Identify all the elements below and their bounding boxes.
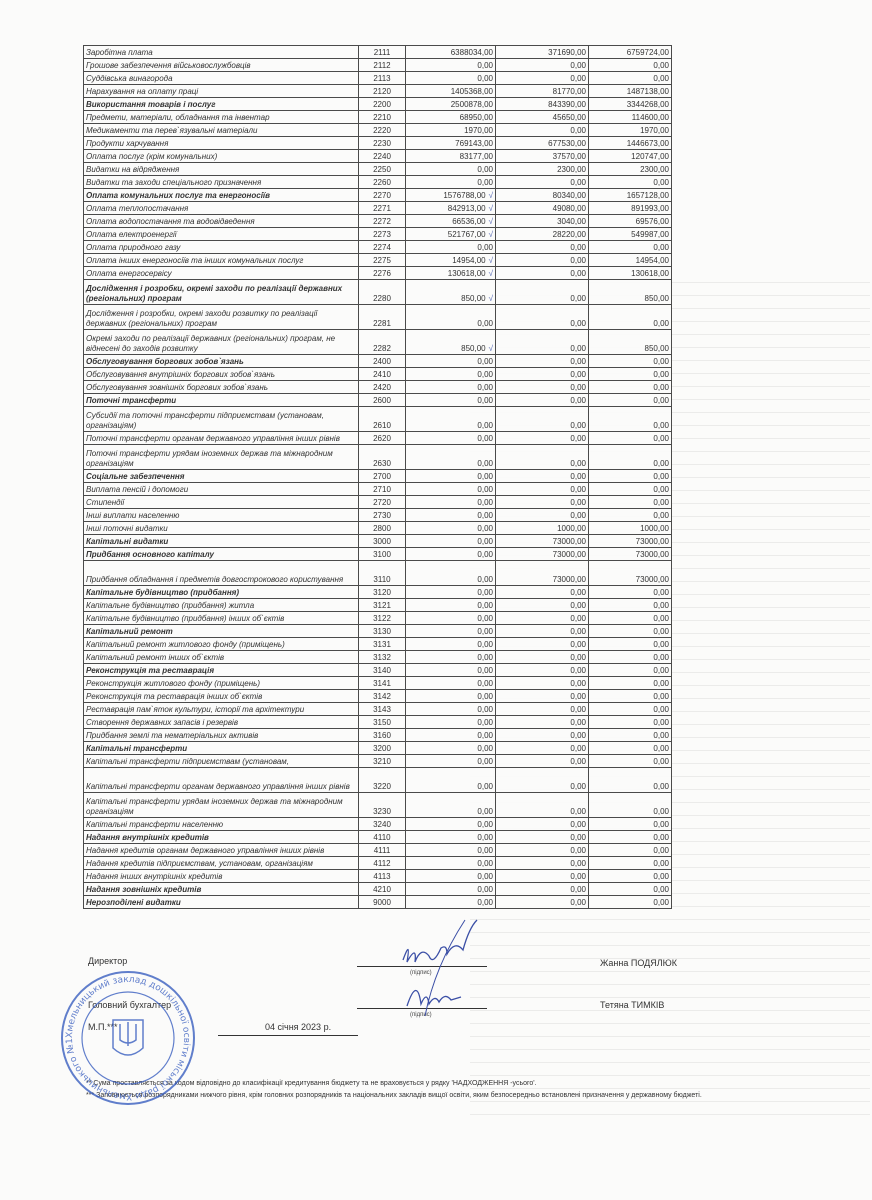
handwritten-signature-icon (385, 918, 495, 1028)
row-code: 4113 (359, 870, 406, 883)
row-value-3: 1446673,00 (589, 137, 672, 150)
row-label: Виплата пенсій і допомоги (84, 483, 359, 496)
table-row: Нерозподілені видатки90000,000,000,00 (84, 896, 672, 909)
row-value-2: 0,00 (496, 870, 589, 883)
table-row: Придбання основного капіталу31000,007300… (84, 548, 672, 561)
row-value-3: 0,00 (589, 59, 672, 72)
row-value-3: 0,00 (589, 483, 672, 496)
row-label: Капітальний ремонт житлового фонду (прим… (84, 638, 359, 651)
row-value-3: 14954,00 (589, 254, 672, 267)
row-value-3: 0,00 (589, 407, 672, 432)
row-code: 2281 (359, 305, 406, 330)
row-value-2: 0,00 (496, 176, 589, 189)
row-value-3: 0,00 (589, 355, 672, 368)
table-row: Соціальне забезпечення27000,000,000,00 (84, 470, 672, 483)
row-value-1: 0,00 (406, 483, 496, 496)
table-row: Грошове забезпечення військовослужбовців… (84, 59, 672, 72)
row-value-1: 0,00 (406, 394, 496, 407)
row-value-1: 68950,00 (406, 111, 496, 124)
row-value-3: 0,00 (589, 599, 672, 612)
row-code: 2410 (359, 368, 406, 381)
row-value-3: 120747,00 (589, 150, 672, 163)
row-value-3: 0,00 (589, 509, 672, 522)
row-label: Окремі заходи по реалізації державних (р… (84, 330, 359, 355)
row-value-3: 0,00 (589, 716, 672, 729)
table-row: Поточні трансферти урядам іноземних держ… (84, 445, 672, 470)
row-label: Предмети, матеріали, обладнання та інвен… (84, 111, 359, 124)
row-label: Створення державних запасів і резервів (84, 716, 359, 729)
row-label: Продукти харчування (84, 137, 359, 150)
row-value-1: 842913,00√ (406, 202, 496, 215)
row-value-1: 0,00 (406, 548, 496, 561)
row-code: 3000 (359, 535, 406, 548)
row-value-3: 0,00 (589, 381, 672, 394)
row-value-2: 0,00 (496, 677, 589, 690)
row-value-2: 0,00 (496, 755, 589, 768)
row-value-2: 1000,00 (496, 522, 589, 535)
row-value-2: 371690,00 (496, 46, 589, 59)
row-label: Придбання землі та нематеріальних активі… (84, 729, 359, 742)
row-value-3: 0,00 (589, 818, 672, 831)
row-value-2: 0,00 (496, 703, 589, 716)
row-value-2: 0,00 (496, 432, 589, 445)
row-value-2: 2300,00 (496, 163, 589, 176)
row-value-2: 0,00 (496, 716, 589, 729)
row-code: 4111 (359, 844, 406, 857)
row-label: Стипендії (84, 496, 359, 509)
row-code: 2270 (359, 189, 406, 202)
row-code: 3121 (359, 599, 406, 612)
row-label: Капітальне будівництво (придбання) (84, 586, 359, 599)
table-row: Капітальні трансферти органам державного… (84, 768, 672, 793)
row-value-2: 0,00 (496, 729, 589, 742)
table-row: Обслуговування боргових зобов`язань24000… (84, 355, 672, 368)
row-value-3: 0,00 (589, 870, 672, 883)
row-value-1: 0,00 (406, 896, 496, 909)
row-label: Капітальний ремонт (84, 625, 359, 638)
row-code: 2282 (359, 330, 406, 355)
row-value-2: 0,00 (496, 445, 589, 470)
row-value-3: 0,00 (589, 677, 672, 690)
row-code: 2120 (359, 85, 406, 98)
row-value-2: 28220,00 (496, 228, 589, 241)
row-value-3: 0,00 (589, 768, 672, 793)
row-value-1: 0,00 (406, 586, 496, 599)
row-label: Обслуговування боргових зобов`язань (84, 355, 359, 368)
row-value-2: 73000,00 (496, 561, 589, 586)
row-value-3: 73000,00 (589, 548, 672, 561)
row-value-2: 0,00 (496, 381, 589, 394)
row-label: Капітальні трансферти підприємствам (уст… (84, 755, 359, 768)
table-row: Оплата інших енергоносіїв та інших комун… (84, 254, 672, 267)
table-row: Продукти харчування2230769143,00677530,0… (84, 137, 672, 150)
row-code: 2272 (359, 215, 406, 228)
row-label: Поточні трансферти урядам іноземних держ… (84, 445, 359, 470)
row-label: Субсидії та поточні трансферти підприємс… (84, 407, 359, 432)
row-value-2: 0,00 (496, 857, 589, 870)
row-code: 3110 (359, 561, 406, 586)
checkmark-icon: √ (489, 294, 493, 303)
row-value-3: 549987,00 (589, 228, 672, 241)
row-value-1: 0,00 (406, 818, 496, 831)
row-value-2: 45650,00 (496, 111, 589, 124)
row-value-3: 0,00 (589, 394, 672, 407)
row-value-1: 0,00 (406, 870, 496, 883)
row-label: Обслуговування внутрішніх боргових зобов… (84, 368, 359, 381)
row-value-3: 130618,00 (589, 267, 672, 280)
row-code: 2710 (359, 483, 406, 496)
report-date: 04 січня 2023 р. (265, 1022, 331, 1032)
row-value-1: 0,00 (406, 470, 496, 483)
row-code: 3143 (359, 703, 406, 716)
row-value-2: 0,00 (496, 330, 589, 355)
row-value-1: 0,00 (406, 509, 496, 522)
row-value-3: 0,00 (589, 664, 672, 677)
row-label: Капітальні трансферти органам державного… (84, 768, 359, 793)
row-value-1: 0,00 (406, 651, 496, 664)
table-row: Дослідження і розробки, окремі заходи по… (84, 280, 672, 305)
row-value-1: 0,00 (406, 599, 496, 612)
table-row: Надання кредитів органам державного упра… (84, 844, 672, 857)
row-value-2: 843390,00 (496, 98, 589, 111)
row-label: Надання інших внутрішніх кредитів (84, 870, 359, 883)
row-label: Оплата водопостачання та водовідведення (84, 215, 359, 228)
row-code: 2240 (359, 150, 406, 163)
row-value-1: 0,00 (406, 522, 496, 535)
row-code: 2250 (359, 163, 406, 176)
table-row: Капітальні видатки30000,0073000,0073000,… (84, 535, 672, 548)
row-label: Інші поточні видатки (84, 522, 359, 535)
table-row: Медикаменти та перев`язувальні матеріали… (84, 124, 672, 137)
row-code: 3240 (359, 818, 406, 831)
row-value-2: 0,00 (496, 768, 589, 793)
row-value-2: 73000,00 (496, 535, 589, 548)
row-code: 2400 (359, 355, 406, 368)
row-label: Реконструкція та реставрація інших об`єк… (84, 690, 359, 703)
table-row: Видатки на відрядження22500,002300,00230… (84, 163, 672, 176)
row-value-1: 0,00 (406, 368, 496, 381)
row-value-1: 1576788,00√ (406, 189, 496, 202)
row-label: Капітальне будівництво (придбання) житла (84, 599, 359, 612)
row-value-1: 0,00 (406, 381, 496, 394)
row-label: Інші виплати населенню (84, 509, 359, 522)
row-value-1: 0,00 (406, 305, 496, 330)
row-value-3: 0,00 (589, 176, 672, 189)
row-value-1: 0,00 (406, 612, 496, 625)
row-value-2: 0,00 (496, 394, 589, 407)
row-value-3: 0,00 (589, 729, 672, 742)
row-value-1: 850,00√ (406, 330, 496, 355)
row-value-3: 0,00 (589, 690, 672, 703)
table-row: Капітальне будівництво (придбання)31200,… (84, 586, 672, 599)
row-value-2: 0,00 (496, 831, 589, 844)
row-code: 3140 (359, 664, 406, 677)
row-value-1: 0,00 (406, 445, 496, 470)
row-label: Видатки та заходи спеціального призначен… (84, 176, 359, 189)
date-line (218, 1035, 358, 1036)
row-value-3: 0,00 (589, 638, 672, 651)
director-name: Жанна ПОДЯЛЮК (600, 958, 677, 968)
row-value-2: 0,00 (496, 625, 589, 638)
row-label: Надання зовнішніх кредитів (84, 883, 359, 896)
table-row: Стипендії27200,000,000,00 (84, 496, 672, 509)
row-code: 2275 (359, 254, 406, 267)
row-value-2: 0,00 (496, 355, 589, 368)
row-label: Дослідження і розробки, окремі заходи ро… (84, 305, 359, 330)
row-label: Оплата природного газу (84, 241, 359, 254)
row-value-1: 66536,00√ (406, 215, 496, 228)
table-row: Використання товарів і послуг22002500878… (84, 98, 672, 111)
row-value-1: 0,00 (406, 625, 496, 638)
row-code: 4112 (359, 857, 406, 870)
row-value-1: 0,00 (406, 355, 496, 368)
row-value-3: 0,00 (589, 432, 672, 445)
row-code: 3132 (359, 651, 406, 664)
row-label: Реставрація пам`яток культури, історії т… (84, 703, 359, 716)
row-value-3: 0,00 (589, 470, 672, 483)
row-label: Придбання основного капіталу (84, 548, 359, 561)
checkmark-icon: √ (489, 191, 493, 200)
row-value-2: 0,00 (496, 72, 589, 85)
row-value-1: 0,00 (406, 664, 496, 677)
table-row: Капітальний ремонт інших об`єктів31320,0… (84, 651, 672, 664)
row-value-1: 0,00 (406, 407, 496, 432)
row-value-1: 14954,00√ (406, 254, 496, 267)
row-label: Оплата послуг (крім комунальних) (84, 150, 359, 163)
table-row: Поточні трансферти26000,000,000,00 (84, 394, 672, 407)
row-value-3: 0,00 (589, 368, 672, 381)
row-code: 2730 (359, 509, 406, 522)
row-value-1: 521767,00√ (406, 228, 496, 241)
table-row: Капітальне будівництво (придбання) інших… (84, 612, 672, 625)
row-value-2: 81770,00 (496, 85, 589, 98)
row-code: 3142 (359, 690, 406, 703)
table-row: Оплата послуг (крім комунальних)22408317… (84, 150, 672, 163)
table-row: Капітальний ремонт31300,000,000,00 (84, 625, 672, 638)
row-value-3: 0,00 (589, 651, 672, 664)
row-label: Нерозподілені видатки (84, 896, 359, 909)
row-value-1: 1970,00 (406, 124, 496, 137)
row-value-3: 891993,00 (589, 202, 672, 215)
row-value-2: 0,00 (496, 407, 589, 432)
row-value-1: 0,00 (406, 742, 496, 755)
row-code: 2600 (359, 394, 406, 407)
row-label: Соціальне забезпечення (84, 470, 359, 483)
row-label: Оплата теплопостачання (84, 202, 359, 215)
row-value-2: 49080,00 (496, 202, 589, 215)
row-value-3: 6759724,00 (589, 46, 672, 59)
row-value-3: 0,00 (589, 496, 672, 509)
row-value-1: 0,00 (406, 844, 496, 857)
row-label: Капітальні трансферти урядам іноземних д… (84, 793, 359, 818)
row-value-3: 0,00 (589, 883, 672, 896)
row-code: 2200 (359, 98, 406, 111)
row-value-1: 769143,00 (406, 137, 496, 150)
row-code: 3200 (359, 742, 406, 755)
row-value-2: 0,00 (496, 470, 589, 483)
row-value-2: 3040,00 (496, 215, 589, 228)
row-value-3: 0,00 (589, 625, 672, 638)
table-row: Виплата пенсій і допомоги27100,000,000,0… (84, 483, 672, 496)
table-row: Видатки та заходи спеціального призначен… (84, 176, 672, 189)
accountant-name: Тетяна ТИМКІВ (600, 1000, 664, 1010)
row-value-3: 0,00 (589, 831, 672, 844)
row-code: 2111 (359, 46, 406, 59)
row-label: Обслуговування зовнішніх боргових зобов`… (84, 381, 359, 394)
row-value-3: 1000,00 (589, 522, 672, 535)
checkmark-icon: √ (489, 204, 493, 213)
table-row: Оплата теплопостачання2271842913,00√4908… (84, 202, 672, 215)
checkmark-icon: √ (489, 256, 493, 265)
row-value-3: 69576,00 (589, 215, 672, 228)
table-row: Реставрація пам`яток культури, історії т… (84, 703, 672, 716)
row-code: 2610 (359, 407, 406, 432)
row-value-2: 0,00 (496, 599, 589, 612)
row-value-2: 0,00 (496, 742, 589, 755)
row-code: 2274 (359, 241, 406, 254)
row-value-1: 0,00 (406, 72, 496, 85)
row-value-2: 0,00 (496, 280, 589, 305)
row-label: Придбання обладнання і предметів довгост… (84, 561, 359, 586)
row-value-2: 0,00 (496, 496, 589, 509)
table-row: Реконструкція та реставрація інших об`єк… (84, 690, 672, 703)
checkmark-icon: √ (489, 230, 493, 239)
row-value-2: 0,00 (496, 793, 589, 818)
row-value-2: 0,00 (496, 664, 589, 677)
table-row: Оплата електроенергії2273521767,00√28220… (84, 228, 672, 241)
row-value-3: 73000,00 (589, 561, 672, 586)
row-code: 3141 (359, 677, 406, 690)
table-row: Оплата комунальних послуг та енергоносії… (84, 189, 672, 202)
row-code: 2700 (359, 470, 406, 483)
row-label: Капітальні трансферти (84, 742, 359, 755)
row-value-3: 0,00 (589, 755, 672, 768)
row-value-2: 0,00 (496, 483, 589, 496)
row-code: 2220 (359, 124, 406, 137)
row-code: 2230 (359, 137, 406, 150)
table-row: Оплата природного газу22740,000,000,00 (84, 241, 672, 254)
row-value-1: 0,00 (406, 496, 496, 509)
row-label: Оплата енергосервісу (84, 267, 359, 280)
row-value-3: 0,00 (589, 445, 672, 470)
row-value-3: 1657128,00 (589, 189, 672, 202)
row-code: 2271 (359, 202, 406, 215)
row-code: 3122 (359, 612, 406, 625)
row-label: Видатки на відрядження (84, 163, 359, 176)
table-row: Реконструкція житлового фонду (приміщень… (84, 677, 672, 690)
checkmark-icon: √ (489, 217, 493, 226)
table-row: Заробітна плата21116388034,00371690,0067… (84, 46, 672, 59)
table-row: Придбання землі та нематеріальних активі… (84, 729, 672, 742)
table-row: Оплата водопостачання та водовідведення2… (84, 215, 672, 228)
row-value-2: 0,00 (496, 254, 589, 267)
row-value-1: 0,00 (406, 690, 496, 703)
table-row: Капітальний ремонт житлового фонду (прим… (84, 638, 672, 651)
table-row: Капітальне будівництво (придбання) житла… (84, 599, 672, 612)
row-value-1: 0,00 (406, 677, 496, 690)
table-row: Обслуговування зовнішніх боргових зобов`… (84, 381, 672, 394)
row-code: 3131 (359, 638, 406, 651)
row-value-2: 0,00 (496, 509, 589, 522)
row-value-3: 850,00 (589, 280, 672, 305)
row-value-1: 0,00 (406, 857, 496, 870)
row-value-2: 0,00 (496, 638, 589, 651)
table-row: Придбання обладнання і предметів довгост… (84, 561, 672, 586)
row-code: 3160 (359, 729, 406, 742)
table-row: Окремі заходи по реалізації державних (р… (84, 330, 672, 355)
row-value-2: 37570,00 (496, 150, 589, 163)
row-code: 2800 (359, 522, 406, 535)
row-value-1: 0,00 (406, 883, 496, 896)
row-label: Поточні трансферти органам державного уп… (84, 432, 359, 445)
table-row: Надання зовнішніх кредитів42100,000,000,… (84, 883, 672, 896)
row-code: 3210 (359, 755, 406, 768)
row-value-2: 80340,00 (496, 189, 589, 202)
table-row: Поточні трансферти органам державного уп… (84, 432, 672, 445)
table-row: Обслуговування внутрішніх боргових зобов… (84, 368, 672, 381)
table-row: Надання внутрішніх кредитів41100,000,000… (84, 831, 672, 844)
row-label: Капітальне будівництво (придбання) інших… (84, 612, 359, 625)
row-label: Медикаменти та перев`язувальні матеріали (84, 124, 359, 137)
table-row: Предмети, матеріали, обладнання та інвен… (84, 111, 672, 124)
row-label: Оплата інших енергоносіїв та інших комун… (84, 254, 359, 267)
director-title: Директор (88, 956, 127, 966)
row-value-3: 850,00 (589, 330, 672, 355)
table-row: Нарахування на оплату праці21201405368,0… (84, 85, 672, 98)
row-label: Оплата комунальних послуг та енергоносії… (84, 189, 359, 202)
row-label: Використання товарів і послуг (84, 98, 359, 111)
row-value-2: 0,00 (496, 59, 589, 72)
row-label: Надання кредитів органам державного упра… (84, 844, 359, 857)
table-row: Субсидії та поточні трансферти підприємс… (84, 407, 672, 432)
row-value-2: 0,00 (496, 896, 589, 909)
row-value-3: 3344268,00 (589, 98, 672, 111)
row-value-3: 0,00 (589, 857, 672, 870)
row-code: 3220 (359, 768, 406, 793)
row-value-2: 0,00 (496, 241, 589, 254)
row-label: Капітальні трансферти населенню (84, 818, 359, 831)
table-row: Оплата енергосервісу2276130618,00√0,0013… (84, 267, 672, 280)
row-code: 2630 (359, 445, 406, 470)
row-code: 2210 (359, 111, 406, 124)
row-value-3: 1970,00 (589, 124, 672, 137)
row-code: 4110 (359, 831, 406, 844)
row-value-1: 2500878,00 (406, 98, 496, 111)
row-value-2: 0,00 (496, 844, 589, 857)
row-value-3: 0,00 (589, 305, 672, 330)
row-value-1: 0,00 (406, 638, 496, 651)
row-label: Капітальний ремонт інших об`єктів (84, 651, 359, 664)
row-code: 3120 (359, 586, 406, 599)
row-value-2: 0,00 (496, 267, 589, 280)
row-code: 3230 (359, 793, 406, 818)
row-value-2: 0,00 (496, 368, 589, 381)
table-row: Капітальні трансферти32000,000,000,00 (84, 742, 672, 755)
table-row: Капітальні трансферти урядам іноземних д… (84, 793, 672, 818)
row-value-1: 0,00 (406, 729, 496, 742)
table-row: Надання кредитів підприємствам, установа… (84, 857, 672, 870)
row-value-3: 73000,00 (589, 535, 672, 548)
table-row: Створення державних запасів і резервів31… (84, 716, 672, 729)
row-value-1: 0,00 (406, 59, 496, 72)
row-code: 3150 (359, 716, 406, 729)
row-value-3: 0,00 (589, 742, 672, 755)
row-code: 2280 (359, 280, 406, 305)
row-value-3: 2300,00 (589, 163, 672, 176)
table-row: Дослідження і розробки, окремі заходи ро… (84, 305, 672, 330)
row-value-3: 0,00 (589, 586, 672, 599)
row-value-1: 0,00 (406, 755, 496, 768)
